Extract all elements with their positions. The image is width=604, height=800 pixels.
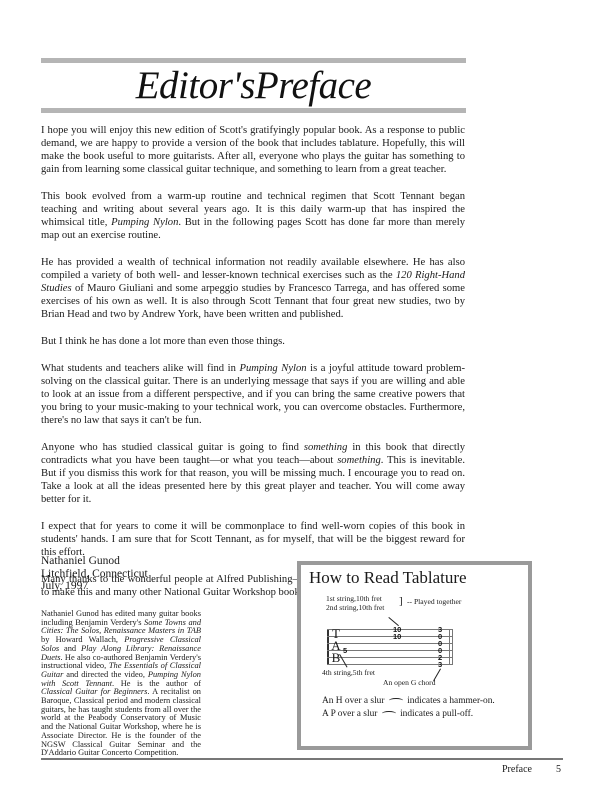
fret-number: 5 <box>343 647 347 654</box>
staff-line <box>327 629 453 630</box>
body-paragraph: He has provided a wealth of technical in… <box>41 256 465 321</box>
pull-suffix: indicates a pull-off. <box>400 709 473 719</box>
italic-title-text: Pumping Nylon <box>111 217 178 228</box>
signature-place: Litchfield, Connecticut <box>41 568 148 581</box>
text-run: I expect that for years to come it will … <box>41 521 465 558</box>
header-rule-top <box>41 58 466 63</box>
staff-line <box>327 643 453 644</box>
preface-body: I hope you will enjoy this new edition o… <box>41 124 465 613</box>
text-run: But I think he has done a lot more than … <box>41 336 285 347</box>
text-run: . A recitalist on Baroque, Classical per… <box>41 687 201 757</box>
bracket-icon: ] <box>399 596 403 607</box>
italic-title-text: something <box>337 455 381 466</box>
page-title: Editor'sPreface <box>41 64 466 108</box>
string-notes: 1st string,10th fret 2nd string,10th fre… <box>326 595 384 612</box>
italic-title-text: Classical Guitar for Beginners <box>41 687 147 696</box>
body-paragraph: Anyone who has studied classical guitar … <box>41 441 465 506</box>
staff-left-bar <box>327 629 329 665</box>
footer-rule <box>41 758 563 760</box>
editor-bio: Nathaniel Gunod has edited many guitar b… <box>41 610 201 758</box>
tablature-heading: How to Read Tablature <box>309 568 467 588</box>
text-run: . He is the author of <box>112 679 201 688</box>
note-string-2: 2nd string,10th fret <box>326 604 384 613</box>
italic-title-text: Pumping Nylon <box>239 363 306 374</box>
tablature-sidebar-box: How to Read Tablature 1st string,10th fr… <box>297 561 532 750</box>
staff-right-bar-inner <box>449 629 450 665</box>
body-paragraph: I expect that for years to come it will … <box>41 520 465 559</box>
fret-number: 10 <box>393 633 401 640</box>
signature-date: July, 1997 <box>41 580 148 593</box>
pull-off-legend: A P over a slur indicates a pull-off. <box>322 709 473 720</box>
text-run: of Mauro Giuliani and some arpeggio stud… <box>41 283 465 320</box>
hammer-suffix: indicates a hammer-on. <box>407 696 495 706</box>
slur-icon <box>382 711 396 716</box>
body-paragraph: What students and teachers alike will fi… <box>41 362 465 427</box>
body-paragraph: But I think he has done a lot more than … <box>41 335 465 348</box>
staff-line <box>327 657 453 658</box>
body-paragraph: I hope you will enjoy this new edition o… <box>41 124 465 176</box>
pull-prefix: A P over a slur <box>322 709 377 719</box>
fourth-string-note: 4th string,5th fret <box>322 669 375 677</box>
staff-right-bar <box>452 629 453 665</box>
text-run: and directed the video, <box>63 670 148 679</box>
played-together-note: -- Played together <box>407 598 461 606</box>
tab-staff: T A B 10105300023 <box>327 629 453 665</box>
fret-number: 3 <box>438 661 442 668</box>
italic-title-text: something <box>304 442 348 453</box>
text-run: What students and teachers alike will fi… <box>41 363 239 374</box>
signature-name: Nathaniel Gunod <box>41 555 148 568</box>
tab-clef: T A B <box>330 628 342 664</box>
hammer-on-legend: An H over a slur indicates a hammer-on. <box>322 696 495 707</box>
staff-line <box>327 636 453 637</box>
text-run: and <box>59 644 81 653</box>
open-g-chord-note: An open G chord <box>383 679 436 687</box>
text-run: Anyone who has studied classical guitar … <box>41 442 304 453</box>
signature-block: Nathaniel Gunod Litchfield, Connecticut … <box>41 555 148 593</box>
page-number: 5 <box>556 764 561 776</box>
slur-icon <box>389 698 403 703</box>
text-run: by Howard Wallach, <box>41 635 124 644</box>
text-run: I hope you will enjoy this new edition o… <box>41 125 465 175</box>
footer-section-label: Preface <box>502 764 532 776</box>
header-rule-bottom <box>41 108 466 113</box>
hammer-prefix: An H over a slur <box>322 696 385 706</box>
body-paragraph: This book evolved from a warm-up routine… <box>41 190 465 242</box>
